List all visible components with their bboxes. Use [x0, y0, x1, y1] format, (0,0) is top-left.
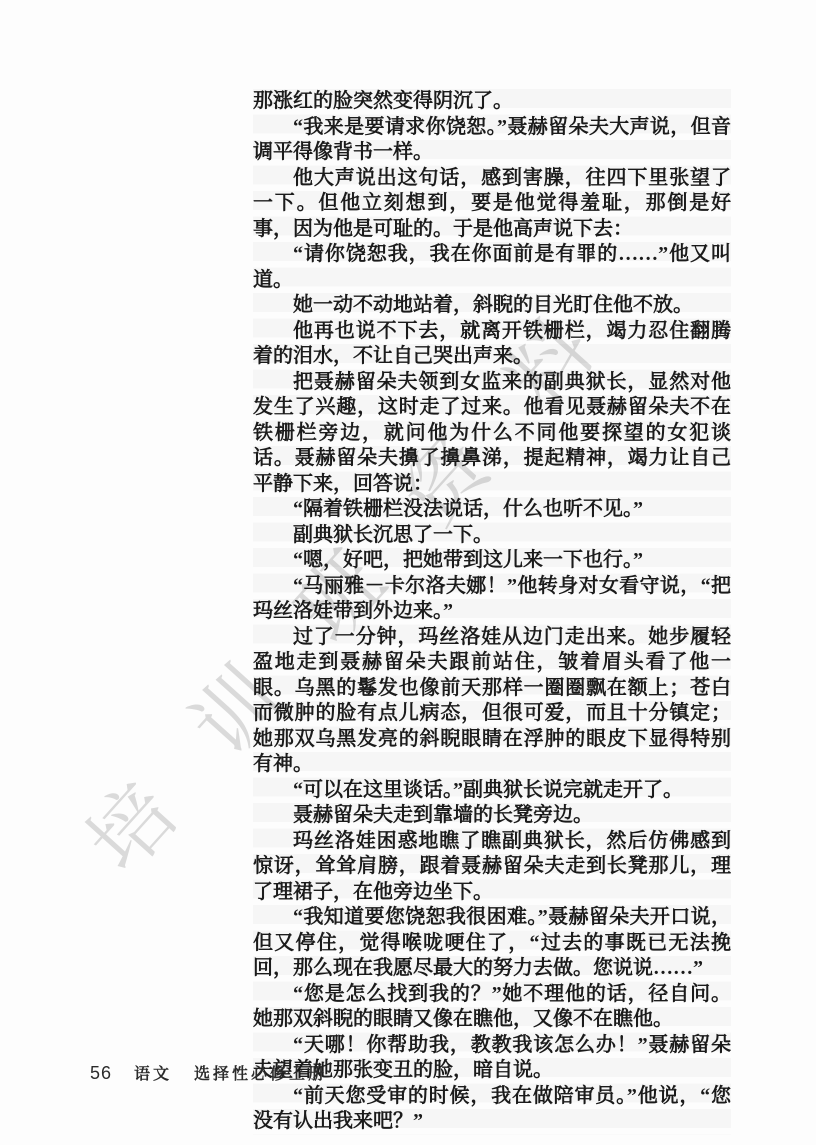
body-text: 那涨红的脸突然变得阴沉了。 “我来是要请求你饶恕。”聂赫留朵夫大声说，但音调平得…	[253, 89, 731, 1135]
page-footer: 56 语文 选择性必修上册	[90, 1061, 327, 1084]
body-paragraph: “我知道要您饶恕我很困难。”聂赫留朵夫开口说，但又停住，觉得喉咙哽住了，“过去的…	[253, 905, 731, 982]
body-paragraph: 过了一分钟，玛丝洛娃从边门走出来。她步履轻盈地走到聂赫留朵夫跟前站住，皱着眉头看…	[253, 625, 731, 778]
body-paragraph: “马丽雅－卡尔洛夫娜！”他转身对女看守说，“把玛丝洛娃带到外边来。”	[253, 574, 731, 625]
body-paragraph: “隔着铁栅栏没法说话，什么也听不见。”	[253, 497, 731, 523]
body-paragraph: 聂赫留朵夫走到靠墙的长凳旁边。	[253, 803, 731, 829]
body-paragraph: 那涨红的脸突然变得阴沉了。	[253, 89, 731, 115]
body-paragraph: “请你饶恕我，我在你面前是有罪的……”他又叫道。	[253, 242, 731, 293]
body-paragraph: “我来是要请求你饶恕。”聂赫留朵夫大声说，但音调平得像背书一样。	[253, 115, 731, 166]
body-paragraph: 他再也说不下去，就离开铁栅栏，竭力忍住翻腾着的泪水，不让自己哭出声来。	[253, 319, 731, 370]
textbook-page: 培训班资料 那涨红的脸突然变得阴沉了。 “我来是要请求你饶恕。”聂赫留朵夫大声说…	[0, 0, 816, 1145]
footer-book-title: 选择性必修上册	[194, 1061, 327, 1084]
body-paragraph: 他大声说出这句话，感到害臊，往四下里张望了一下。但他立刻想到，要是他觉得羞耻，那…	[253, 166, 731, 243]
page-number: 56	[90, 1063, 112, 1084]
body-paragraph: “您是怎么找到我的？”她不理他的话，径自问。她那双斜睨的眼睛又像在瞧他，又像不在…	[253, 982, 731, 1033]
body-paragraph: 副典狱长沉思了一下。	[253, 523, 731, 549]
body-paragraph: 她一动不动地站着，斜睨的目光盯住他不放。	[253, 293, 731, 319]
body-paragraph: “嗯，好吧，把她带到这儿来一下也行。”	[253, 548, 731, 574]
body-paragraph: 玛丝洛娃困惑地瞧了瞧副典狱长，然后仿佛感到惊讶，耸耸肩膀，跟着聂赫留朵夫走到长凳…	[253, 829, 731, 906]
footer-subject-label: 语文	[134, 1061, 172, 1084]
body-paragraph: 把聂赫留朵夫领到女监来的副典狱长，显然对他发生了兴趣，这时走了过来。他看见聂赫留…	[253, 370, 731, 498]
body-paragraph: “前天您受审的时候，我在做陪审员。”他说，“您没有认出我来吧？”	[253, 1084, 731, 1135]
body-paragraph: “可以在这里谈话。”副典狱长说完就走开了。	[253, 778, 731, 804]
